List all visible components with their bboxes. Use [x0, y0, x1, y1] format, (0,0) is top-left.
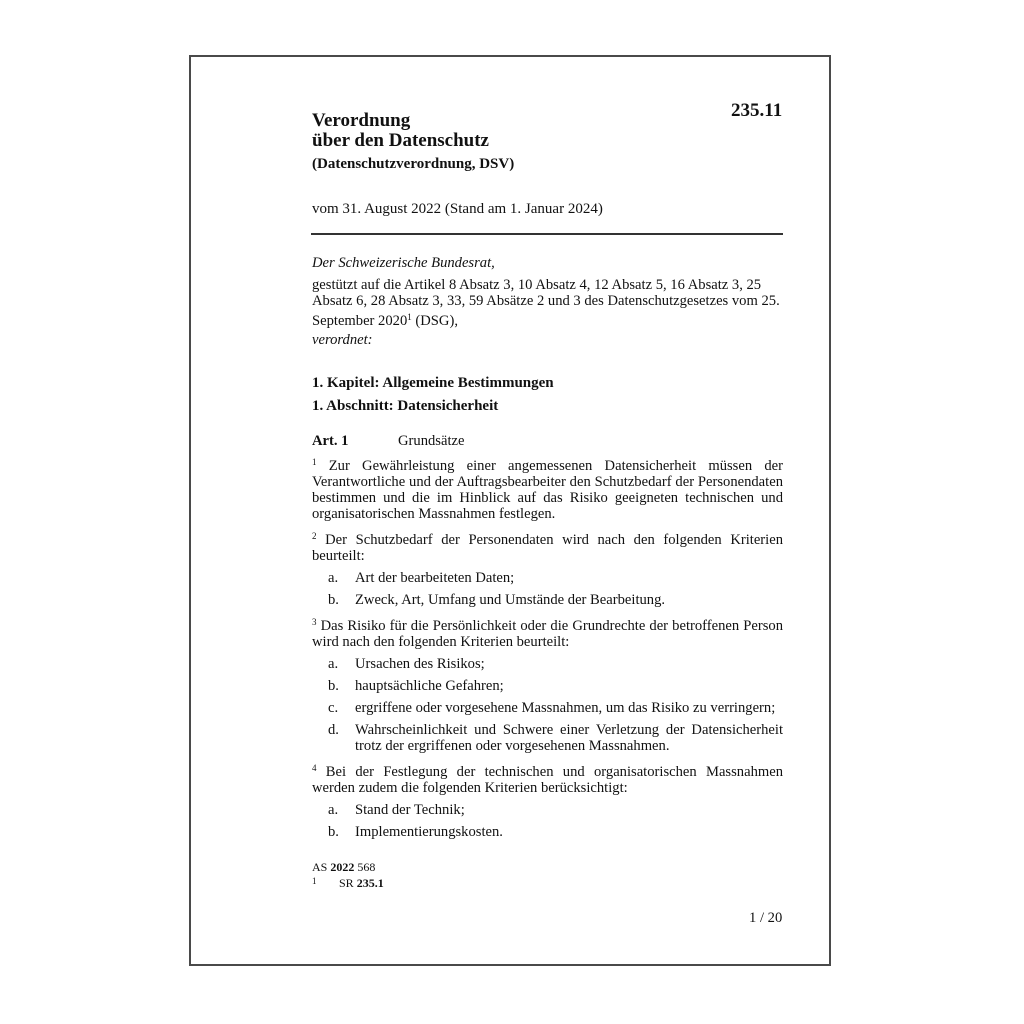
- sr-number: 235.11: [731, 100, 782, 122]
- footnote-1-marker: 1: [312, 874, 339, 888]
- list-item: b.Zweck, Art, Umfang und Umstände der Be…: [312, 592, 783, 608]
- article-number: Art. 1: [312, 433, 398, 450]
- list-item: a.Art der bearbeiteten Daten;: [312, 570, 783, 586]
- paragraph-text: Der Schutzbedarf der Personendaten wird …: [312, 532, 783, 564]
- list-item-text: Implementierungskosten.: [355, 824, 783, 840]
- title-divider: [311, 233, 783, 235]
- list-item: a.Ursachen des Risikos;: [312, 656, 783, 672]
- chapter-heading: 1. Kapitel: Allgemeine Bestimmungen: [312, 375, 554, 392]
- footnote-1: 1SR 235.1: [312, 874, 384, 890]
- list-item: c.ergriffene oder vorgesehene Massnahmen…: [312, 700, 783, 716]
- footnotes: AS 2022 568 1SR 235.1: [312, 860, 384, 890]
- official-collection-ref: AS 2022 568: [312, 860, 384, 874]
- list-item-text: Zweck, Art, Umfang und Umstände der Bear…: [355, 592, 783, 608]
- preamble: Der Schweizerische Bundesrat, gestützt a…: [312, 255, 787, 348]
- list-item: a.Stand der Technik;: [312, 802, 783, 818]
- issuer: Der Schweizerische Bundesrat,: [312, 255, 787, 271]
- list-item-text: Wahrscheinlichkeit und Schwere einer Ver…: [355, 722, 783, 754]
- legal-basis: gestützt auf die Artikel 8 Absatz 3, 10 …: [312, 277, 787, 329]
- decree: verordnet:: [312, 332, 787, 348]
- article-heading: Art. 1Grundsätze: [312, 433, 464, 450]
- list-marker: a.: [312, 802, 355, 818]
- title-line-1: Verordnung: [312, 111, 514, 131]
- as-year: 2022: [330, 860, 354, 874]
- footnote-1-prefix: SR: [339, 876, 357, 890]
- paragraph-text: Zur Gewährleistung einer angemessenen Da…: [312, 458, 783, 522]
- list-marker: b.: [312, 824, 355, 840]
- legal-basis-text: gestützt auf die Artikel 8 Absatz 3, 10 …: [312, 277, 780, 329]
- list-marker: a.: [312, 570, 355, 586]
- list-item-text: Ursachen des Risikos;: [355, 656, 783, 672]
- paragraph-text: Bei der Festlegung der technischen und o…: [312, 764, 783, 796]
- list-item: d.Wahrscheinlichkeit und Schwere einer V…: [312, 722, 783, 754]
- list-marker: a.: [312, 656, 355, 672]
- paragraph-text: Das Risiko für die Persönlichkeit oder d…: [312, 618, 783, 650]
- footnote-1-number: 235.1: [357, 876, 384, 890]
- article-body: 1 Zur Gewährleistung einer angemessenen …: [312, 454, 783, 846]
- as-page: 568: [354, 860, 375, 874]
- list-item-text: Art der bearbeiteten Daten;: [355, 570, 783, 586]
- article-paragraph: 1 Zur Gewährleistung einer angemessenen …: [312, 454, 783, 522]
- article-paragraph: 3 Das Risiko für die Persönlichkeit oder…: [312, 614, 783, 650]
- date-line: vom 31. August 2022 (Stand am 1. Januar …: [312, 201, 603, 218]
- list-item-text: Stand der Technik;: [355, 802, 783, 818]
- list-item: b.hauptsächliche Gefahren;: [312, 678, 783, 694]
- criteria-list: a.Art der bearbeiteten Daten;b.Zweck, Ar…: [312, 570, 783, 608]
- document-title: Verordnung über den Datenschutz (Datensc…: [312, 111, 514, 174]
- title-line-2: über den Datenschutz: [312, 131, 514, 151]
- list-item-text: hauptsächliche Gefahren;: [355, 678, 783, 694]
- list-marker: b.: [312, 592, 355, 608]
- criteria-list: a.Stand der Technik;b.Implementierungsko…: [312, 802, 783, 840]
- article-paragraph: 4 Bei der Festlegung der technischen und…: [312, 760, 783, 796]
- list-marker: c.: [312, 700, 355, 716]
- criteria-list: a.Ursachen des Risikos;b.hauptsächliche …: [312, 656, 783, 754]
- legal-basis-suffix: (DSG),: [412, 313, 458, 329]
- short-title: (Datenschutzverordnung, DSV): [312, 154, 514, 174]
- article-paragraph: 2 Der Schutzbedarf der Personendaten wir…: [312, 528, 783, 564]
- article-title: Grundsätze: [398, 433, 464, 449]
- list-item: b.Implementierungskosten.: [312, 824, 783, 840]
- section-heading: 1. Abschnitt: Datensicherheit: [312, 398, 498, 415]
- list-marker: b.: [312, 678, 355, 694]
- list-marker: d.: [312, 722, 355, 754]
- list-item-text: ergriffene oder vorgesehene Massnahmen, …: [355, 700, 783, 716]
- as-prefix: AS: [312, 860, 330, 874]
- page-number: 1 / 20: [749, 910, 782, 927]
